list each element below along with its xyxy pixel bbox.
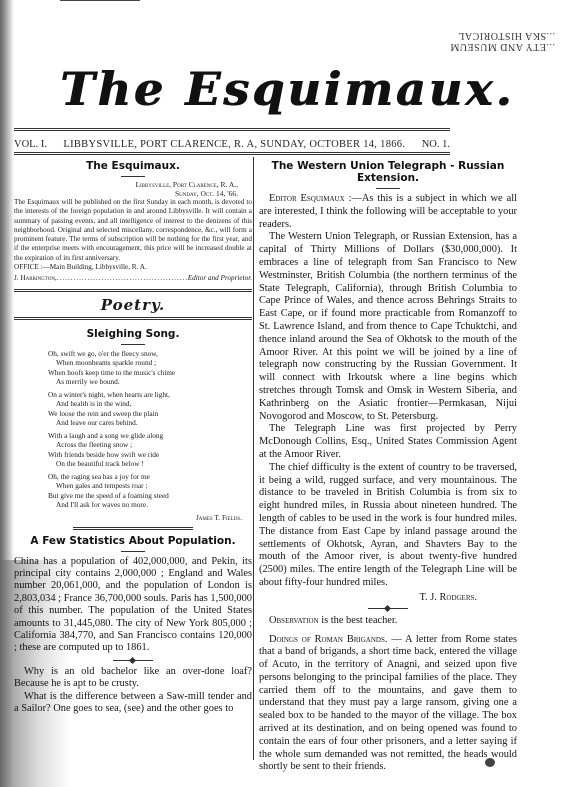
masthead-title: The Esquimaux. [60,62,400,120]
observation-note: Observation is the best teacher. [259,615,517,628]
poem-line: And leave our cares behind. [48,418,252,428]
poem-stanza: Oh, swift we go, o'er the fleecy snow, W… [14,349,252,387]
poem-stanza: With a laugh and a song we glide along A… [14,431,252,469]
brigands-lead: Doings of Roman Brigands. [269,634,387,645]
joke-1: Why is an old bachelor like an over-done… [14,666,252,691]
stamp-line-2: ...SKA HISTORICAL [405,30,555,41]
place-date: LIBBYSVILLE, PORT CLARENCE, R. A, SUNDAY… [47,139,422,150]
issue-number: NO. 1. [422,139,450,150]
intro-place-line-2: Sunday, Oct. 14, '66. [14,190,252,199]
poem-line: We loose the rein and sweep the plain [48,409,252,419]
poem-line: With friends beside how swift we ride [48,450,252,460]
telegraph-article: The Western Union Telegraph - Russian Ex… [259,160,517,603]
telegraph-signature: T. J. Rodgers. [259,592,517,603]
statistics-article: A Few Statistics About Population. China… [14,535,252,655]
statistics-body: China has a population of 402,000,000, a… [14,556,252,655]
brigands-text: — A letter from Rome states that a band … [259,634,517,773]
telegraph-paragraph-4: The chief difficulty is the extent of co… [259,462,517,590]
masthead-rule-bottom [14,152,450,155]
top-rule [60,0,140,1]
poem-line: On a winter's night, when hearts are lig… [48,390,252,400]
ornament-rule [113,660,153,661]
left-column: The Esquimaux. Libbysville, Port Clarenc… [14,160,252,715]
poetry-heading: Poetry. [14,289,252,320]
intro-article: The Esquimaux. Libbysville, Port Clarenc… [14,160,252,283]
stamp-line-1: ...ETY AND MUSEUM [405,41,555,52]
leader-dots: ........................................… [57,273,188,283]
poem-stanza: On a winter's night, when hearts are lig… [14,390,252,428]
short-rule [121,176,145,177]
poem-line: When hoofs keep time to the music's chim… [48,368,252,378]
poetry-section: Poetry. Sleighing Song. Oh, swift we go,… [14,289,252,522]
poem-line: Across the fleeting snow ; [48,440,252,450]
poem-author: James T. Fields. [14,513,252,522]
telegraph-paragraph-3: The Telegraph Line was first projected b… [259,423,517,461]
observation-lead: Observation [269,615,319,626]
editor-role: Editor and Proprietor. [188,273,252,283]
poem-line: When gales and tempests roar ; [48,481,252,491]
intro-heading: The Esquimaux. [14,160,252,172]
poem-line: But give me the speed of a foaming steed [48,491,252,501]
short-rule [121,551,145,552]
joke-2: What is the difference between a Saw-mil… [14,691,252,716]
poem-stanza: Oh, the raging sea has a joy for me When… [14,472,252,510]
column-divider [253,157,254,760]
intro-body: The Esquimaux will be published on the f… [14,198,252,263]
poem-line: With a laugh and a song we glide along [48,431,252,441]
poem-line: Oh, the raging sea has a joy for me [48,472,252,482]
poem-line: And health is in the wind, [48,399,252,409]
poem-line: And I'll ask for waves no more. [48,500,252,510]
poem-line: When moonbeams sparkle round ; [48,358,252,368]
jokes: Why is an old bachelor like an over-done… [14,666,252,716]
telegraph-paragraph-1: Editor Esquimaux :—As this is a subject … [259,193,517,231]
section-rule [73,527,193,530]
editor-line: J. Harrington, .........................… [14,273,252,283]
ink-speck [485,758,495,767]
archive-stamp: ...ETY AND MUSEUM ...SKA HISTORICAL [405,30,555,52]
salutation: Editor Esquimaux : [269,193,351,204]
poem-title: Sleighing Song. [14,328,252,340]
editor-name: J. Harrington, [14,273,57,283]
telegraph-paragraph-2: The Western Union Telegraph, or Russian … [259,231,517,423]
brigands-article: Doings of Roman Brigands. — A letter fro… [259,634,517,775]
office-address: OFFICE :—Main Building, Libbysville, R. … [14,263,252,273]
poem-line: Oh, swift we go, o'er the fleecy snow, [48,349,252,359]
poem-line: On the beautiful track below ! [48,459,252,469]
dateline: VOL. I. LIBBYSVILLE, PORT CLARENCE, R. A… [14,137,450,151]
volume-number: VOL. I. [14,139,47,150]
observation-text: is the best teacher. [319,615,398,626]
short-rule [376,188,400,189]
statistics-heading: A Few Statistics About Population. [14,535,252,547]
masthead-rule-top [14,128,450,131]
telegraph-heading: The Western Union Telegraph - Russian Ex… [259,160,517,184]
poem-line: As merrily we bound. [48,377,252,387]
ornament-rule [368,608,408,609]
right-column: The Western Union Telegraph - Russian Ex… [255,160,517,774]
short-rule [121,344,145,345]
